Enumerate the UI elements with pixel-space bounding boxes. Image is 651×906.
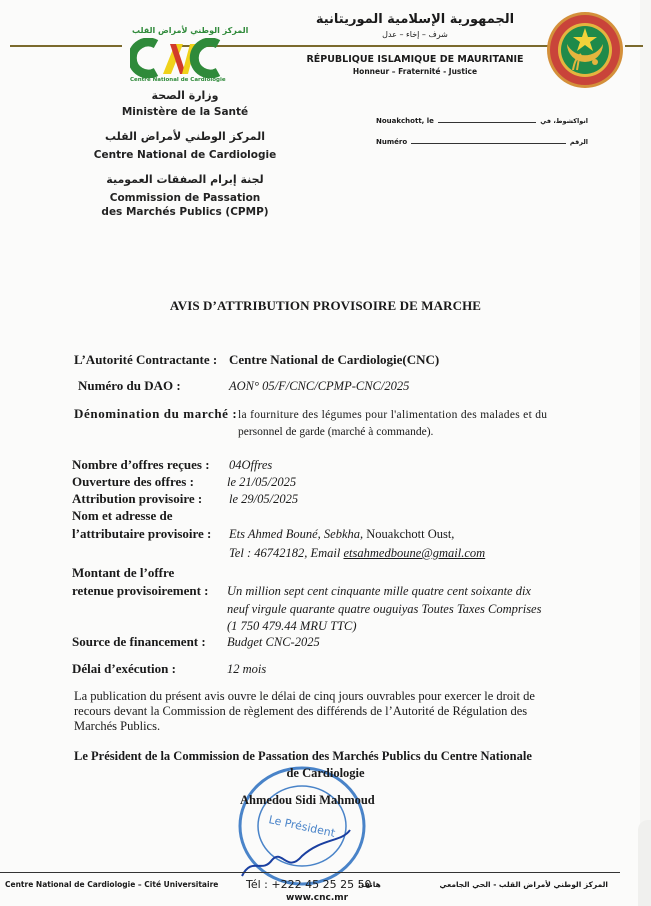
delai-value: 12 mois (227, 662, 266, 677)
commission-french-2: des Marchés Publics (CPMP) (60, 206, 310, 218)
document-title: AVIS D’ATTRIBUTION PROVISOIRE DE MARCHE (0, 298, 651, 314)
ouverture-label: Ouverture des offres : (72, 474, 194, 490)
place-date-blank (438, 122, 536, 123)
center-arabic: المركز الوطني لأمراض القلب (60, 130, 310, 143)
number-label-arabic: الرقم (570, 138, 588, 146)
montant-label-2: retenue provisoirement : (72, 583, 208, 599)
attributaire-name: Ets Ahmed Bouné, Sebkha, (229, 527, 363, 541)
attribution-label: Attribution provisoire : (72, 491, 202, 507)
autorite-value: Centre National de Cardiologie(CNC) (229, 352, 439, 368)
president-title-2: de Cardiologie (0, 766, 651, 781)
attributaire-phone: Tel : 46742182, Email (229, 546, 343, 560)
dao-value: AON° 05/F/CNC/CPMP-CNC/2025 (229, 379, 409, 394)
logo-arabic-text: المركز الوطني لأمراض القلب (132, 26, 248, 35)
center-french: Centre National de Cardiologie (60, 149, 310, 161)
place-date-label-arabic: انواكشوط، في (540, 117, 588, 125)
republic-french: RÉPUBLIQUE ISLAMIQUE DE MAURITANIE (300, 54, 530, 65)
montant-label-1: Montant de l’offre (72, 565, 174, 581)
financement-label: Source de financement : (72, 634, 206, 650)
motto-french: Honneur – Fraternité - Justice (300, 67, 530, 76)
footer-rule (0, 872, 620, 873)
offres-value: 04Offres (229, 458, 272, 473)
footer-phone: Tél : +222 45 25 25 50 (246, 878, 372, 891)
attribution-value: le 29/05/2025 (229, 492, 298, 507)
footer-address-french: Centre National de Cardiologie – Cité Un… (5, 880, 218, 889)
commission-french-1: Commission de Passation (60, 192, 310, 204)
dao-label: Numéro du DAO : (78, 378, 181, 394)
attributaire-label-2: l’attributaire provisoire : (72, 526, 211, 542)
place-date-field: Nouakchott, le انواكشوط، في (376, 117, 588, 125)
delai-label: Délai d’exécution : (72, 661, 176, 677)
ouverture-value: le 21/05/2025 (227, 475, 296, 490)
denomination-value-1: la fourniture des légumes pour l'aliment… (238, 409, 547, 421)
logo-subtitle: Centre National de Cardiologie (130, 77, 226, 83)
attributaire-value-1: Ets Ahmed Bouné, Sebkha, Nouakchott Oust… (229, 527, 454, 542)
place-date-label: Nouakchott, le (376, 117, 434, 125)
ministry-french: Ministère de la Santé (60, 106, 310, 118)
number-label: Numéro (376, 138, 407, 146)
montant-value-1: Un million sept cent cinquante mille qua… (227, 584, 531, 599)
financement-value: Budget CNC-2025 (227, 635, 320, 650)
footer-address-arabic: المركز الوطني لأمراض القلب - الحي الجامع… (432, 880, 608, 889)
svg-text:Le Président: Le Président (268, 813, 337, 840)
signer-name: Ahmedou Sidi Mahmoud (240, 793, 375, 808)
commission-arabic: لجنة إبرام الصفقات العمومية (60, 173, 310, 186)
header-rule-right (625, 45, 643, 47)
offres-label: Nombre d’offres reçues : (72, 457, 210, 473)
header-rule-middle (178, 45, 548, 47)
number-field: Numéro الرقم (376, 138, 588, 146)
autorite-label: L’Autorité Contractante : (74, 352, 217, 368)
montant-value-2: neuf virgule quarante quatre ouguiyas To… (227, 602, 541, 617)
republic-arabic: الجمهورية الإسلامية الموريتانية (300, 12, 530, 27)
attributaire-value-2: Tel : 46742182, Email etsahmedboune@gmai… (229, 546, 485, 561)
attributaire-city: Nouakchott Oust, (363, 527, 454, 541)
denomination-label: Dénomination du marché : (74, 406, 237, 422)
denomination-value-2: personnel de garde (marché à commande). (238, 426, 433, 438)
header-rule-left (10, 45, 122, 47)
recourse-paragraph: La publication du présent avis ouvre le … (74, 689, 564, 734)
attributaire-email-link[interactable]: etsahmedboune@gmail.com (343, 546, 485, 560)
number-blank (411, 143, 566, 144)
ministry-arabic: وزارة الصحة (60, 89, 310, 102)
attributaire-label-1: Nom et adresse de (72, 508, 173, 524)
motto-arabic: شرف – إخاء – عدل (300, 30, 530, 39)
page-edge (638, 820, 651, 906)
montant-value-3: (1 750 479.44 MRU TTC) (227, 619, 357, 634)
footer-website[interactable]: www.cnc.mr (286, 893, 348, 903)
footer-phone-arabic: هاتف: (358, 880, 381, 889)
cnc-logo-icon (130, 38, 222, 78)
mauritania-coat-of-arms-icon (545, 10, 625, 90)
